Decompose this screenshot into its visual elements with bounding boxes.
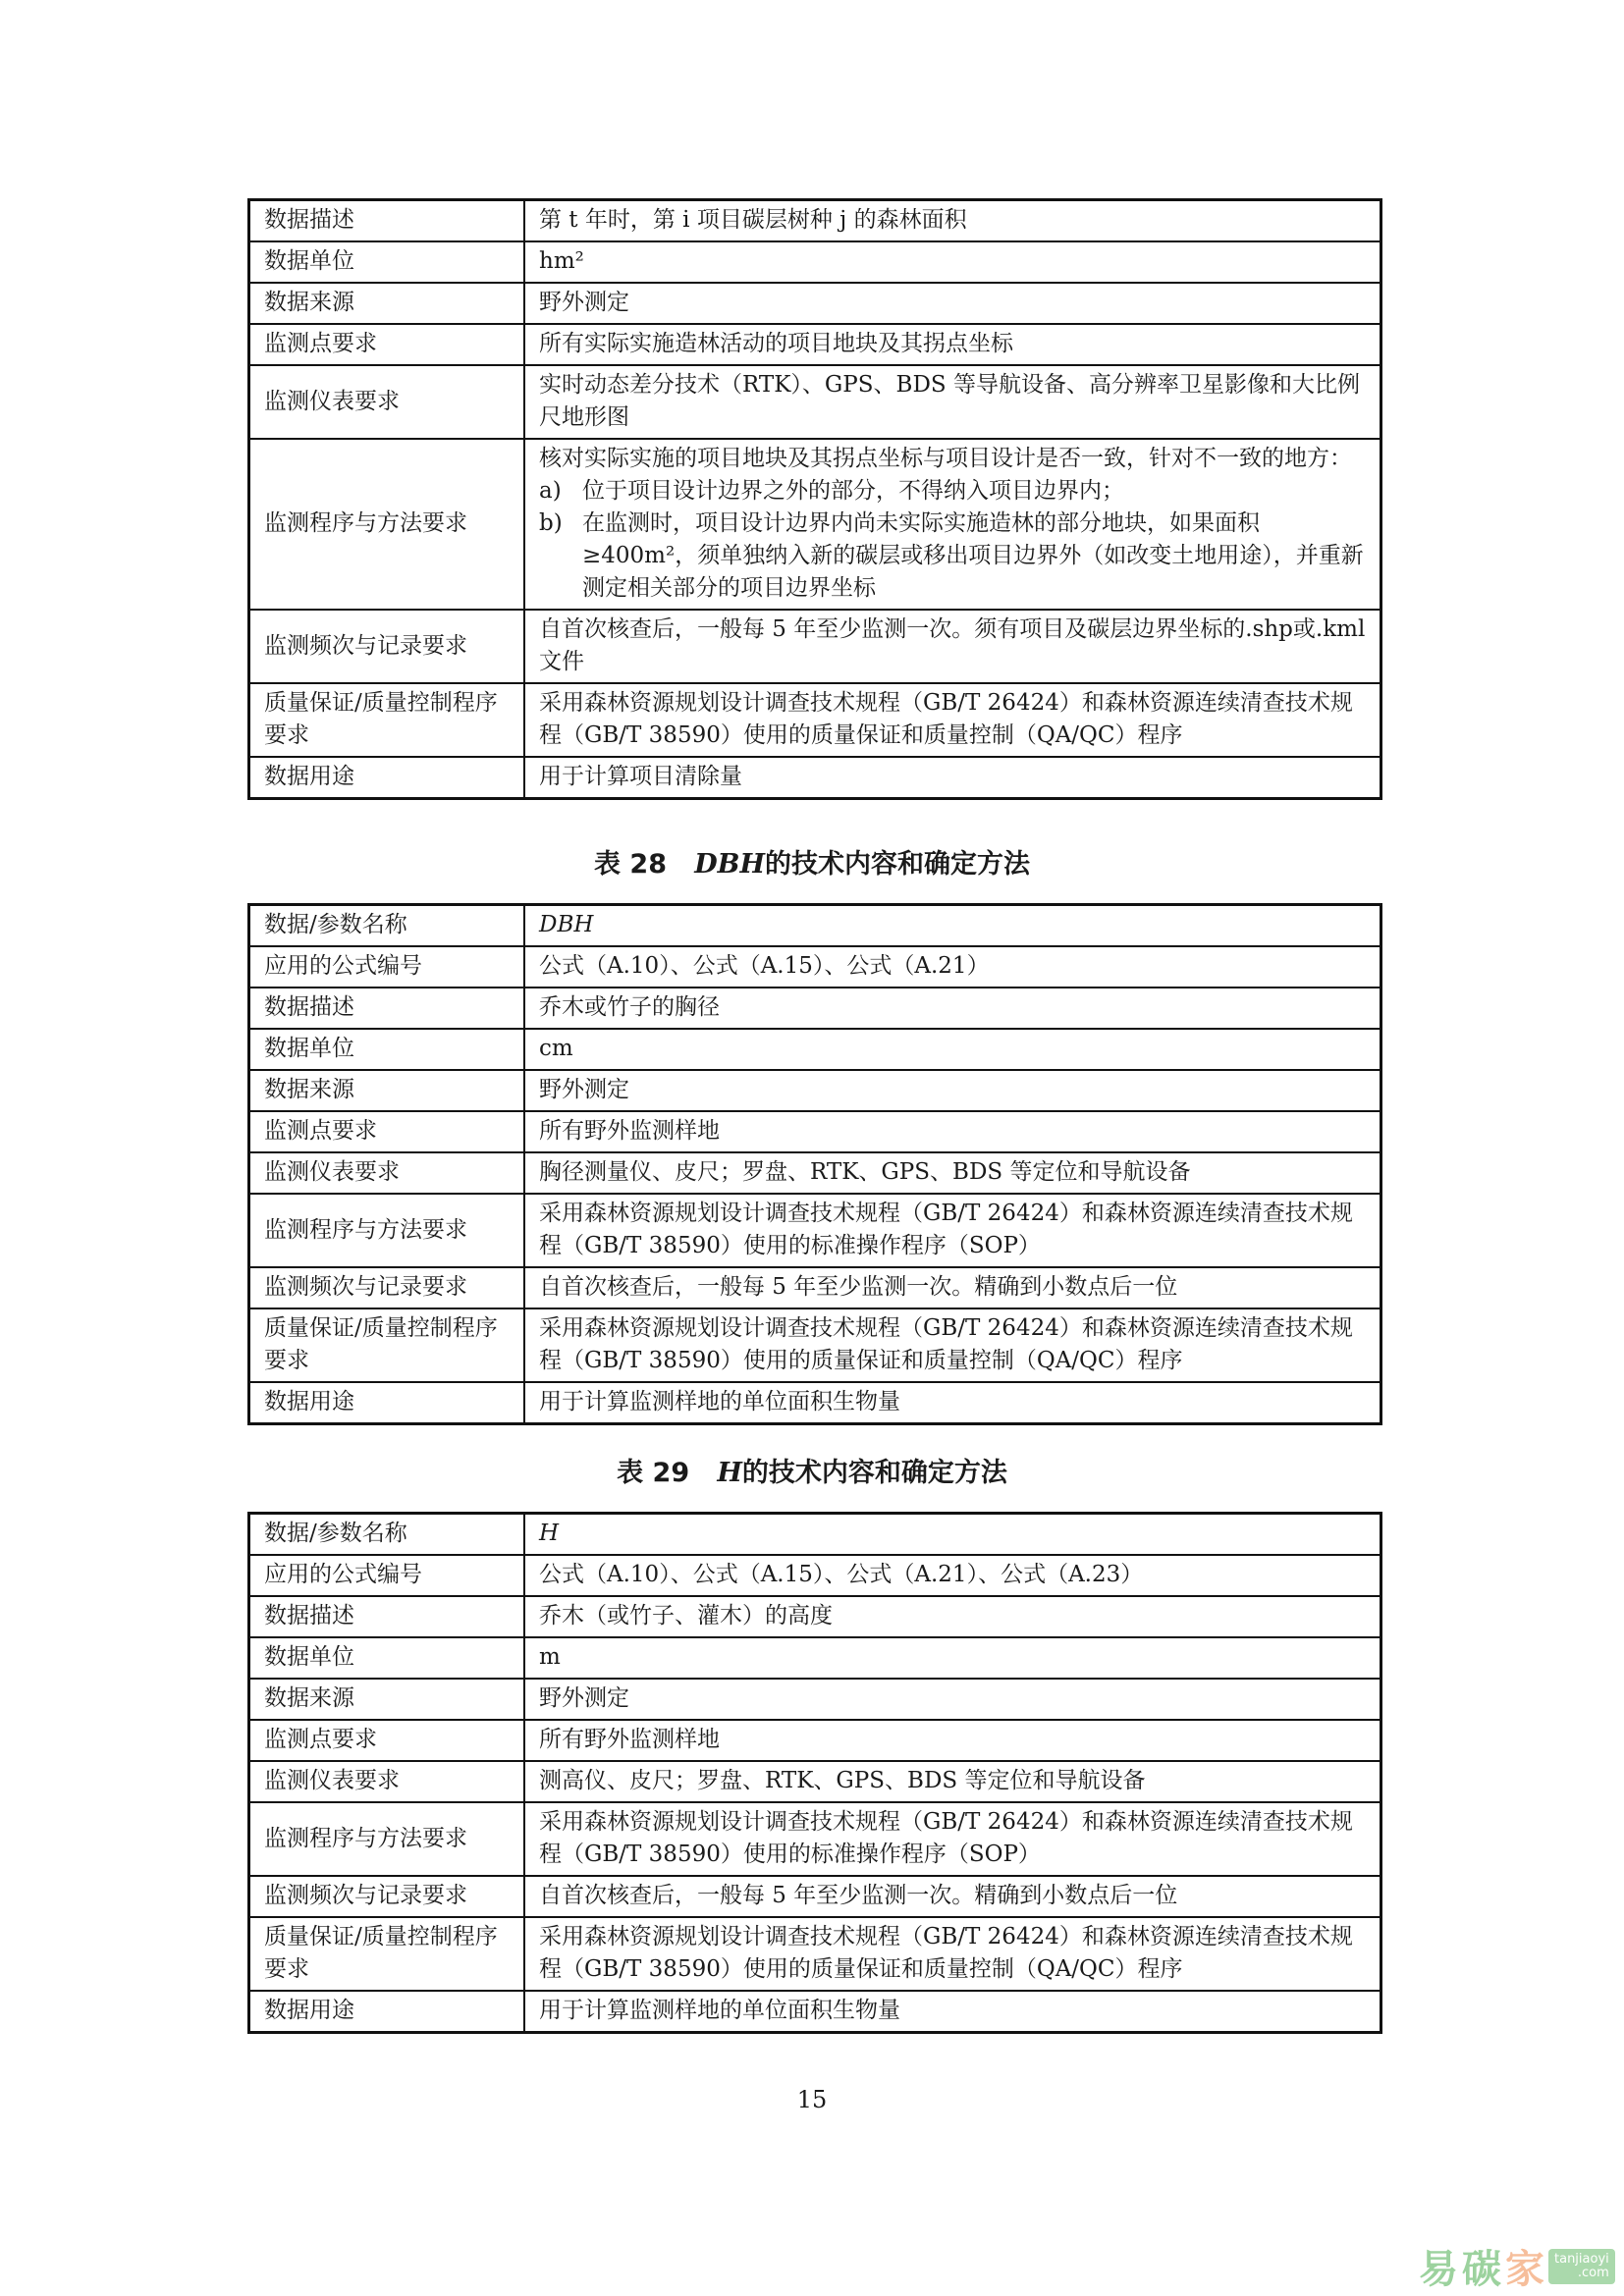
row-key: 数据用途 — [249, 757, 525, 799]
table-row: 应用的公式编号公式（A.10）、公式（A.15）、公式（A.21）、公式（A.2… — [249, 1555, 1381, 1596]
table-previous-continued: 数据描述第 t 年时，第 i 项目碳层树种 j 的森林面积 数据单位hm² 数据… — [247, 198, 1382, 800]
caption-symbol: DBH — [694, 849, 765, 880]
row-value: 所有实际实施造林活动的项目地块及其拐点坐标 — [524, 324, 1381, 365]
page-number: 15 — [0, 2086, 1624, 2113]
row-value: 所有野外监测样地 — [524, 1720, 1381, 1761]
row-key: 数据来源 — [249, 1070, 525, 1111]
table-row: 质量保证/质量控制程序要求采用森林资源规划设计调查技术规程（GB/T 26424… — [249, 683, 1381, 757]
watermark-char-1: 易 — [1419, 2238, 1458, 2294]
watermark-logo: 易 碳 家 tanjiaoyi .com — [1419, 2238, 1615, 2294]
row-key: 数据用途 — [249, 1991, 525, 2033]
table-row: 监测程序与方法要求采用森林资源规划设计调查技术规程（GB/T 26424）和森林… — [249, 1194, 1381, 1267]
caption-suffix: 的技术内容和确定方法 — [765, 849, 1030, 880]
row-key: 监测点要求 — [249, 324, 525, 365]
table-row: 监测点要求所有野外监测样地 — [249, 1720, 1381, 1761]
row-key: 数据描述 — [249, 1596, 525, 1637]
caption-prefix: 表 28 — [594, 849, 667, 880]
row-value: 第 t 年时，第 i 项目碳层树种 j 的森林面积 — [524, 200, 1381, 242]
row-key: 数据/参数名称 — [249, 905, 525, 947]
row-value: 乔木或竹子的胸径 — [524, 988, 1381, 1029]
caption-suffix: 的技术内容和确定方法 — [742, 1458, 1007, 1488]
row-value: 自首次核查后，一般每 5 年至少监测一次。须有项目及碳层边界坐标的.shp或.k… — [524, 610, 1381, 683]
table-row: 数据用途用于计算监测样地的单位面积生物量 — [249, 1382, 1381, 1424]
watermark-badge: tanjiaoyi .com — [1548, 2249, 1615, 2284]
row-value: 自首次核查后，一般每 5 年至少监测一次。精确到小数点后一位 — [524, 1876, 1381, 1917]
list-item: b)在监测时，项目设计边界内尚未实际实施造林的部分地块，如果面积≥400m²，须… — [539, 507, 1366, 605]
row-value: 采用森林资源规划设计调查技术规程（GB/T 26424）和森林资源连续清查技术规… — [524, 1802, 1381, 1876]
table-row: 监测频次与记录要求自首次核查后，一般每 5 年至少监测一次。须有项目及碳层边界坐… — [249, 610, 1381, 683]
row-value: 公式（A.10）、公式（A.15）、公式（A.21） — [524, 946, 1381, 988]
list-text: 在监测时，项目设计边界内尚未实际实施造林的部分地块，如果面积≥400m²，须单独… — [582, 507, 1366, 605]
row-key: 监测仪表要求 — [249, 365, 525, 439]
row-key: 数据来源 — [249, 283, 525, 324]
row-key: 监测程序与方法要求 — [249, 439, 525, 610]
row-key: 数据来源 — [249, 1679, 525, 1720]
table-row: 数据/参数名称DBH — [249, 905, 1381, 947]
row-key: 监测仪表要求 — [249, 1761, 525, 1802]
table-row: 数据描述第 t 年时，第 i 项目碳层树种 j 的森林面积 — [249, 200, 1381, 242]
table-row: 监测频次与记录要求自首次核查后，一般每 5 年至少监测一次。精确到小数点后一位 — [249, 1876, 1381, 1917]
row-value: 野外测定 — [524, 1070, 1381, 1111]
row-value: 用于计算项目清除量 — [524, 757, 1381, 799]
table-row: 质量保证/质量控制程序要求采用森林资源规划设计调查技术规程（GB/T 26424… — [249, 1308, 1381, 1382]
caption-symbol: H — [717, 1458, 742, 1488]
row-value: 胸径测量仪、皮尺；罗盘、RTK、GPS、BDS 等定位和导航设备 — [524, 1152, 1381, 1194]
row-key: 质量保证/质量控制程序要求 — [249, 683, 525, 757]
row-key: 数据单位 — [249, 1029, 525, 1070]
list-marker: a) — [539, 475, 582, 507]
table-row: 数据描述乔木或竹子的胸径 — [249, 988, 1381, 1029]
row-value: 测高仪、皮尺；罗盘、RTK、GPS、BDS 等定位和导航设备 — [524, 1761, 1381, 1802]
row-value: 实时动态差分技术（RTK）、GPS、BDS 等导航设备、高分辨率卫星影像和大比例… — [524, 365, 1381, 439]
table-row: 数据单位cm — [249, 1029, 1381, 1070]
table-row: 监测程序与方法要求采用森林资源规划设计调查技术规程（GB/T 26424）和森林… — [249, 1802, 1381, 1876]
table-row: 数据用途用于计算监测样地的单位面积生物量 — [249, 1991, 1381, 2033]
row-key: 数据单位 — [249, 1637, 525, 1679]
badge-line-1: tanjiaoyi — [1554, 2252, 1609, 2267]
row-value: 公式（A.10）、公式（A.15）、公式（A.21）、公式（A.23） — [524, 1555, 1381, 1596]
row-key: 数据描述 — [249, 200, 525, 242]
list-marker: b) — [539, 507, 582, 605]
row-value: 用于计算监测样地的单位面积生物量 — [524, 1991, 1381, 2033]
row-value: 野外测定 — [524, 283, 1381, 324]
row-key: 数据单位 — [249, 241, 525, 283]
row-value: 采用森林资源规划设计调查技术规程（GB/T 26424）和森林资源连续清查技术规… — [524, 1308, 1381, 1382]
caption-prefix: 表 29 — [617, 1458, 689, 1488]
row-key: 监测程序与方法要求 — [249, 1194, 525, 1267]
row-value: cm — [524, 1029, 1381, 1070]
table-row: 数据单位m — [249, 1637, 1381, 1679]
table-29-caption: 表 29 H的技术内容和确定方法 — [0, 1451, 1624, 1489]
row-key: 监测频次与记录要求 — [249, 610, 525, 683]
table-row: 监测频次与记录要求自首次核查后，一般每 5 年至少监测一次。精确到小数点后一位 — [249, 1267, 1381, 1308]
table-row: 监测仪表要求实时动态差分技术（RTK）、GPS、BDS 等导航设备、高分辨率卫星… — [249, 365, 1381, 439]
table-row: 质量保证/质量控制程序要求采用森林资源规划设计调查技术规程（GB/T 26424… — [249, 1917, 1381, 1991]
list-item: a)位于项目设计边界之外的部分，不得纳入项目边界内； — [539, 475, 1366, 507]
row-value: hm² — [524, 241, 1381, 283]
row-value: 乔木（或竹子、灌木）的高度 — [524, 1596, 1381, 1637]
table-row: 数据单位hm² — [249, 241, 1381, 283]
table-row: 监测仪表要求测高仪、皮尺；罗盘、RTK、GPS、BDS 等定位和导航设备 — [249, 1761, 1381, 1802]
list-text: 位于项目设计边界之外的部分，不得纳入项目边界内； — [582, 475, 1366, 507]
table-28-dbh: 数据/参数名称DBH 应用的公式编号公式（A.10）、公式（A.15）、公式（A… — [247, 903, 1382, 1425]
watermark-char-2: 碳 — [1462, 2238, 1501, 2294]
row-key: 监测频次与记录要求 — [249, 1267, 525, 1308]
row-value: DBH — [524, 905, 1381, 947]
row-value: H — [524, 1514, 1381, 1556]
row-value: 所有野外监测样地 — [524, 1111, 1381, 1152]
row-key: 数据用途 — [249, 1382, 525, 1424]
table-row: 监测仪表要求胸径测量仪、皮尺；罗盘、RTK、GPS、BDS 等定位和导航设备 — [249, 1152, 1381, 1194]
row-key: 监测点要求 — [249, 1720, 525, 1761]
table-row: 监测点要求所有实际实施造林活动的项目地块及其拐点坐标 — [249, 324, 1381, 365]
table-row: 监测程序与方法要求 核对实际实施的项目地块及其拐点坐标与项目设计是否一致，针对不… — [249, 439, 1381, 610]
row-value: m — [524, 1637, 1381, 1679]
row-key: 监测仪表要求 — [249, 1152, 525, 1194]
row-value: 核对实际实施的项目地块及其拐点坐标与项目设计是否一致，针对不一致的地方： a)位… — [524, 439, 1381, 610]
watermark-char-3: 家 — [1505, 2238, 1544, 2294]
table-29-h: 数据/参数名称H 应用的公式编号公式（A.10）、公式（A.15）、公式（A.2… — [247, 1512, 1382, 2034]
row-value: 采用森林资源规划设计调查技术规程（GB/T 26424）和森林资源连续清查技术规… — [524, 683, 1381, 757]
row-key: 数据描述 — [249, 988, 525, 1029]
row-key: 质量保证/质量控制程序要求 — [249, 1308, 525, 1382]
table-row: 数据来源野外测定 — [249, 1070, 1381, 1111]
table-row: 数据来源野外测定 — [249, 1679, 1381, 1720]
table-row: 监测点要求所有野外监测样地 — [249, 1111, 1381, 1152]
table-row: 数据来源野外测定 — [249, 283, 1381, 324]
row-key: 数据/参数名称 — [249, 1514, 525, 1556]
table-row: 数据描述乔木（或竹子、灌木）的高度 — [249, 1596, 1381, 1637]
row-key: 应用的公式编号 — [249, 1555, 525, 1596]
table-28-caption: 表 28 DBH的技术内容和确定方法 — [0, 842, 1624, 881]
row-value: 自首次核查后，一般每 5 年至少监测一次。精确到小数点后一位 — [524, 1267, 1381, 1308]
method-intro: 核对实际实施的项目地块及其拐点坐标与项目设计是否一致，针对不一致的地方： — [539, 443, 1366, 475]
row-key: 监测频次与记录要求 — [249, 1876, 525, 1917]
row-key: 监测程序与方法要求 — [249, 1802, 525, 1876]
row-value: 野外测定 — [524, 1679, 1381, 1720]
row-key: 监测点要求 — [249, 1111, 525, 1152]
row-key: 应用的公式编号 — [249, 946, 525, 988]
row-value: 用于计算监测样地的单位面积生物量 — [524, 1382, 1381, 1424]
row-key: 质量保证/质量控制程序要求 — [249, 1917, 525, 1991]
badge-line-2: .com — [1578, 2266, 1609, 2280]
table-row: 应用的公式编号公式（A.10）、公式（A.15）、公式（A.21） — [249, 946, 1381, 988]
table-row: 数据/参数名称H — [249, 1514, 1381, 1556]
row-value: 采用森林资源规划设计调查技术规程（GB/T 26424）和森林资源连续清查技术规… — [524, 1194, 1381, 1267]
row-value: 采用森林资源规划设计调查技术规程（GB/T 26424）和森林资源连续清查技术规… — [524, 1917, 1381, 1991]
table-row: 数据用途用于计算项目清除量 — [249, 757, 1381, 799]
